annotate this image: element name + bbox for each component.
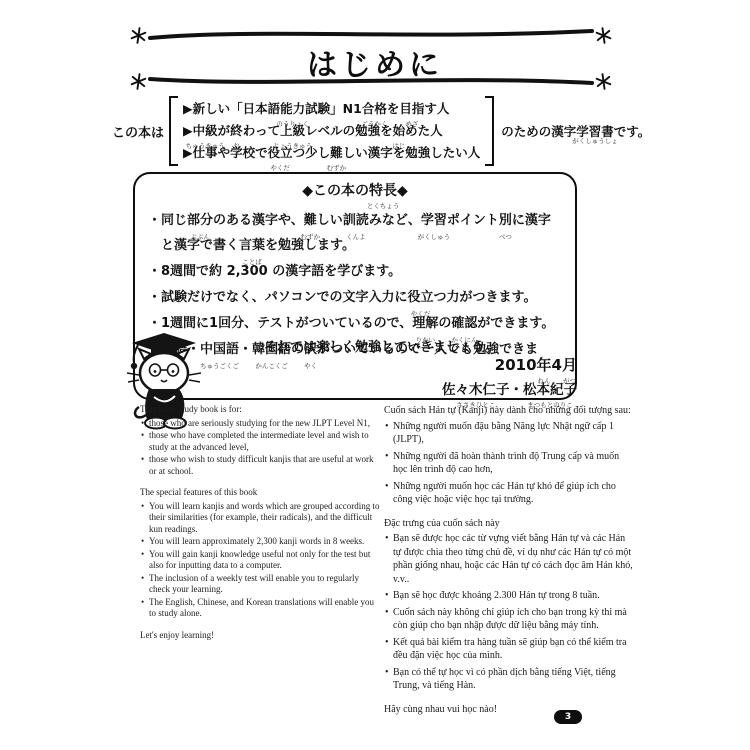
intro-prefix: この本は — [112, 122, 164, 141]
list-item: •The English, Chinese, and Korean transl… — [140, 597, 381, 620]
bullet-marker: ・ — [148, 208, 161, 233]
vietnamese-translation-column: Cuốn sách Hán tự (Kanji) này dành cho nh… — [384, 404, 633, 726]
list-item: •You will gain kanji knowledge useful no… — [140, 549, 381, 572]
en-features-heading: The special features of this book — [140, 487, 381, 499]
list-item: •those who have completed the intermedia… — [140, 430, 381, 453]
reader-type-item: ▶新しい「日本語能力のうりょく試験」N1合格ごうかくを目指めざす人 — [183, 98, 480, 120]
asterisk-ornament-icon — [595, 73, 612, 90]
vi-features-list: •Bạn sẽ được học các từ vựng viết bằng H… — [384, 532, 633, 693]
bracket-group: ▶新しい「日本語能力のうりょく試験」N1合格ごうかくを目指めざす人 ▶中級ちゅう… — [169, 96, 494, 166]
feature-item: ・試験だけでなく、パソコンでの文字入力に役立やくだつ力がつきます。 — [148, 285, 562, 310]
target-readers-intro: この本は ▶新しい「日本語能力のうりょく試験」N1合格ごうかくを目指めざす人 ▶… — [112, 96, 650, 166]
list-item: •You will learn kanjis and words which a… — [140, 501, 381, 536]
list-item: •Kết quả bài kiểm tra hàng tuần sẽ giúp … — [384, 636, 633, 663]
en-intro-heading: This kanji study book is for: — [140, 404, 381, 416]
header-rule-bottom — [130, 71, 612, 91]
feature-item: ・同じ部分ぶぶんのある漢字や、難むずかしい訓読くんよみなど、学習がくしゅうポイン… — [148, 208, 562, 258]
list-item: •The inclusion of a weekly test will ena… — [140, 573, 381, 596]
features-box-title: ◆この本の特長とくちょう◆ — [148, 181, 562, 201]
authors: 佐々木仁子ささきひとこ・松本紀子まつもとのりこ — [442, 380, 577, 400]
publication-date: 2010年ねん4月がつ — [442, 355, 577, 375]
asterisk-ornament-icon — [130, 73, 147, 90]
vi-closing: Hãy cùng nhau vui học nào! — [384, 703, 633, 717]
book-page: はじめに この本は ▶新しい「日本語能力のうりょく試験」N1合格ごうかくを目指め… — [0, 0, 750, 750]
bullet-marker: ・ — [148, 285, 161, 310]
list-item: •Bạn sẽ học được khoảng 2.300 Hán tự tro… — [384, 589, 633, 603]
en-intro-list: •those who are seriously studying for th… — [140, 418, 381, 478]
reader-type-item: ▶仕事や学校で役立やくだつ少し難むずかしい漢字を勉強したい人 — [183, 142, 480, 164]
list-item: •Những người muốn đậu bằng Năng lực Nhật… — [384, 420, 633, 447]
list-item: •You will learn approximately 2,300 kanj… — [140, 536, 381, 548]
feature-item: ・1週間に1回分、テストがついているので、理解りかいの確認かくにんができます。 — [148, 311, 562, 336]
intro-suffix: のための漢字学習書がくしゅうしょです。 — [501, 122, 650, 140]
english-translation-column: This kanji study book is for: •those who… — [140, 404, 381, 650]
list-item: •those who wish to study difficult kanji… — [140, 454, 381, 477]
list-item: •those who are seriously studying for th… — [140, 418, 381, 430]
list-item: •Cuốn sách này không chỉ giúp ích cho bạ… — [384, 606, 633, 633]
wavy-rule — [147, 71, 595, 91]
en-closing: Let's enjoy learning! — [140, 630, 381, 642]
reader-type-item: ▶中級ちゅうきゅうが終おわって上級じょうきゅうレベルの勉強を始はじめた人 — [183, 120, 480, 142]
list-item: •Bạn sẽ được học các từ vựng viết bằng H… — [384, 532, 633, 586]
bullet-marker: ・ — [148, 259, 161, 284]
list-item: •Những người muốn học các Hán tự khó để … — [384, 480, 633, 507]
signature-block: 2010年ねん4月がつ 佐々木仁子ささきひとこ・松本紀子まつもとのりこ — [442, 355, 577, 400]
list-item: •Bạn có thể tự học vì có phần dịch bằng … — [384, 666, 633, 693]
feature-item: ・8週間で約 2,300 の漢字語を学びます。 — [148, 259, 562, 284]
vi-intro-list: •Những người muốn đậu bằng Năng lực Nhật… — [384, 420, 633, 507]
en-features-list: •You will learn kanjis and words which a… — [140, 501, 381, 620]
closing-line: それでは楽しく勉強していきましょう。 — [264, 336, 498, 355]
vi-intro-heading: Cuốn sách Hán tự (Kanji) này dành cho nh… — [384, 404, 633, 418]
bracket-left — [169, 96, 178, 166]
bracket-right — [485, 96, 494, 166]
list-item: •Những người đã hoàn thành trình độ Trun… — [384, 450, 633, 477]
page-number-badge: 3 — [554, 710, 582, 724]
vi-features-heading: Đặc trưng của cuốn sách này — [384, 517, 633, 531]
